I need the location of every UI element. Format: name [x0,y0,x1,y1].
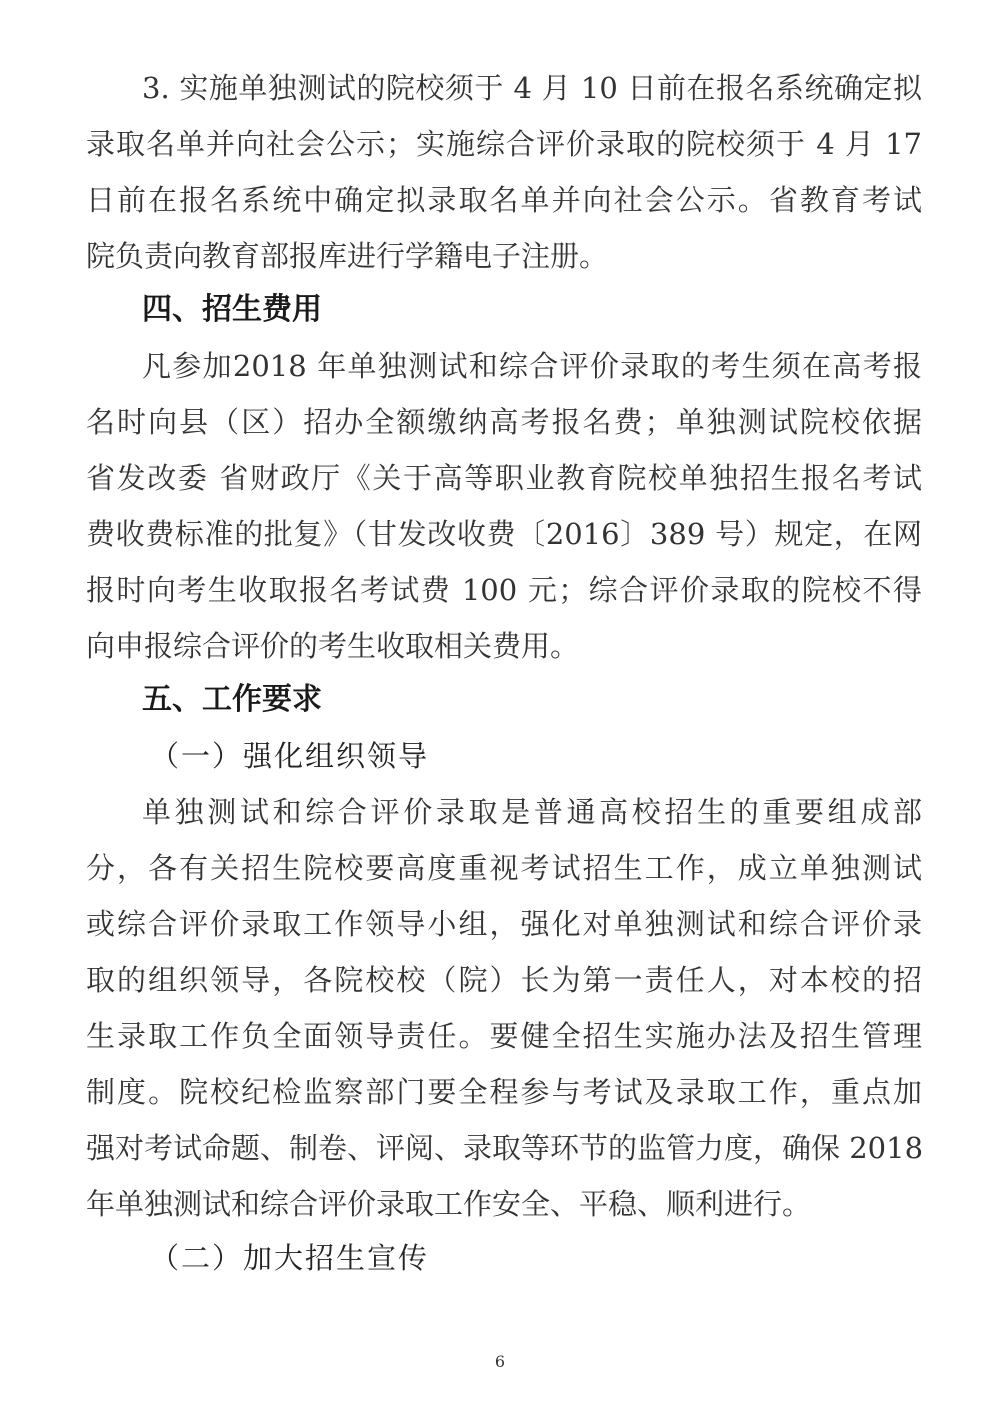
subsection-heading: （二）加大招生宣传 [150,1238,429,1278]
paragraph-line: 报时向考生收取报名考试费 100 元；综合评价录取的院校不得 [86,570,922,610]
paragraph-line: 强对考试命题、制卷、评阅、录取等环节的监管力度，确保 2018 [86,1128,922,1168]
paragraph-line: 或综合评价录取工作领导小组，强化对单独测试和综合评价录 [86,904,922,944]
paragraph-line: 年单独测试和综合评价录取工作安全、平稳、顺利进行。 [86,1184,922,1224]
paragraph-line: 凡参加2018 年单独测试和综合评价录取的考生须在高考报 [142,346,922,386]
subsection-heading: （一）强化组织领导 [150,736,429,776]
paragraph-line: 省发改委 省财政厅《关于高等职业教育院校单独招生报名考试 [86,458,922,498]
paragraph-line: 取的组织领导，各院校校（院）长为第一责任人，对本校的招 [86,960,922,1000]
document-page: 3. 实施单独测试的院校须于 4 月 10 日前在报名系统确定拟 录取名单并向社… [0,0,1000,1422]
paragraph-line: 生录取工作负全面领导责任。要健全招生实施办法及招生管理 [86,1016,922,1056]
paragraph-line: 院负责向教育部报库进行学籍电子注册。 [86,236,922,276]
paragraph-line: 制度。院校纪检监察部门要全程参与考试及录取工作，重点加 [86,1072,922,1112]
page-number: 6 [0,1352,1000,1371]
paragraph-line: 费收费标准的批复》（甘发改收费〔2016〕389 号）规定，在网 [86,514,922,554]
paragraph-line: 单独测试和综合评价录取是普通高校招生的重要组成部 [142,792,922,832]
paragraph-line: 录取名单并向社会公示；实施综合评价录取的院校须于 4 月 17 [86,124,922,164]
section-heading: 四、招生费用 [142,290,322,330]
paragraph-line: 3. 实施单独测试的院校须于 4 月 10 日前在报名系统确定拟 [142,68,922,108]
paragraph-line: 日前在报名系统中确定拟录取名单并向社会公示。省教育考试 [86,180,922,220]
paragraph-line: 名时向县（区）招办全额缴纳高考报名费；单独测试院校依据 [86,402,922,442]
paragraph-line: 分，各有关招生院校要高度重视考试招生工作，成立单独测试 [86,848,922,888]
paragraph-line: 向申报综合评价的考生收取相关费用。 [86,626,922,666]
section-heading: 五、工作要求 [142,680,322,720]
